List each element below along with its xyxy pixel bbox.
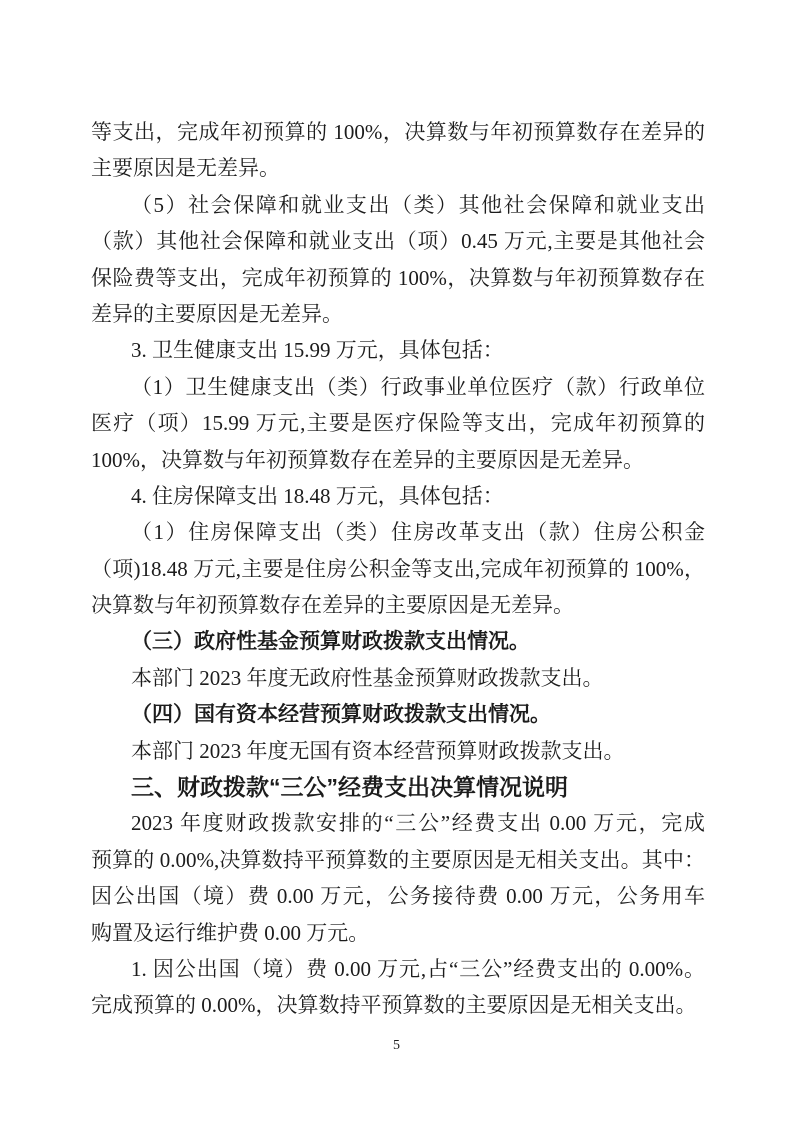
- paragraph: 3. 卫生健康支出 15.99 万元，具体包括：: [91, 332, 705, 368]
- paragraph: （5）社会保障和就业支出（类）其他社会保障和就业支出 （款）其他社会保障和就业支…: [91, 187, 705, 333]
- text-line: 完成预算的 0.00%，决算数持平预算数的主要原因是无相关支出。: [91, 987, 705, 1023]
- document-page: 等支出，完成年初预算的 100%，决算数与年初预算数存在差异的 主要原因是无差异…: [0, 0, 793, 1122]
- subsection-heading-gov-fund-budget: （三）政府性基金预算财政拨款支出情况。: [91, 623, 705, 659]
- text-line: 100%，决算数与年初预算数存在差异的主要原因是无差异。: [91, 442, 705, 478]
- text-line: 本部门 2023 年度无政府性基金预算财政拨款支出。: [91, 660, 705, 696]
- heading-line: （四）国有资本经营预算财政拨款支出情况。: [91, 696, 705, 732]
- text-line: 决算数与年初预算数存在差异的主要原因是无差异。: [91, 587, 705, 623]
- paragraph: 本部门 2023 年度无国有资本经营预算财政拨款支出。: [91, 733, 705, 769]
- text-line: 主要原因是无差异。: [91, 150, 705, 186]
- text-line: 医疗（项）15.99 万元,主要是医疗保险等支出，完成年初预算的: [91, 405, 705, 441]
- text-line: （5）社会保障和就业支出（类）其他社会保障和就业支出: [91, 187, 705, 223]
- text-line: 1. 因公出国（境）费 0.00 万元,占“三公”经费支出的 0.00%。: [91, 951, 705, 987]
- text-line: 等支出，完成年初预算的 100%，决算数与年初预算数存在差异的: [91, 114, 705, 150]
- paragraph: 1. 因公出国（境）费 0.00 万元,占“三公”经费支出的 0.00%。 完成…: [91, 951, 705, 1024]
- text-line: 差异的主要原因是无差异。: [91, 296, 705, 332]
- paragraph: （1）住房保障支出（类）住房改革支出（款）住房公积金 （项)18.48 万元,主…: [91, 514, 705, 623]
- text-line: （1）卫生健康支出（类）行政事业单位医疗（款）行政单位: [91, 369, 705, 405]
- subsection-heading-state-capital-budget: （四）国有资本经营预算财政拨款支出情况。: [91, 696, 705, 732]
- paragraph: 本部门 2023 年度无政府性基金预算财政拨款支出。: [91, 660, 705, 696]
- heading-line: （三）政府性基金预算财政拨款支出情况。: [91, 623, 705, 659]
- paragraph: 4. 住房保障支出 18.48 万元，具体包括：: [91, 478, 705, 514]
- heading-line: 三、财政拨款“三公”经费支出决算情况说明: [91, 769, 705, 805]
- text-line: （1）住房保障支出（类）住房改革支出（款）住房公积金: [91, 514, 705, 550]
- text-line: 本部门 2023 年度无国有资本经营预算财政拨款支出。: [91, 733, 705, 769]
- text-line: 预算的 0.00%,决算数持平预算数的主要原因是无相关支出。其中：: [91, 842, 705, 878]
- text-line: （项)18.48 万元,主要是住房公积金等支出,完成年初预算的 100%，: [91, 551, 705, 587]
- page-number: 5: [0, 1038, 793, 1054]
- paragraph: （1）卫生健康支出（类）行政事业单位医疗（款）行政单位 医疗（项）15.99 万…: [91, 369, 705, 478]
- paragraph: 2023 年度财政拨款安排的“三公”经费支出 0.00 万元，完成 预算的 0.…: [91, 805, 705, 951]
- text-line: 3. 卫生健康支出 15.99 万元，具体包括：: [91, 332, 705, 368]
- text-line: 因公出国（境）费 0.00 万元，公务接待费 0.00 万元，公务用车: [91, 878, 705, 914]
- text-line: 保险费等支出，完成年初预算的 100%，决算数与年初预算数存在: [91, 260, 705, 296]
- section-heading-three-public-expenses: 三、财政拨款“三公”经费支出决算情况说明: [91, 769, 705, 805]
- text-line: 4. 住房保障支出 18.48 万元，具体包括：: [91, 478, 705, 514]
- text-line: 2023 年度财政拨款安排的“三公”经费支出 0.00 万元，完成: [91, 805, 705, 841]
- text-line: （款）其他社会保障和就业支出（项）0.45 万元,主要是其他社会: [91, 223, 705, 259]
- paragraph: 等支出，完成年初预算的 100%，决算数与年初预算数存在差异的 主要原因是无差异…: [91, 114, 705, 187]
- text-line: 购置及运行维护费 0.00 万元。: [91, 915, 705, 951]
